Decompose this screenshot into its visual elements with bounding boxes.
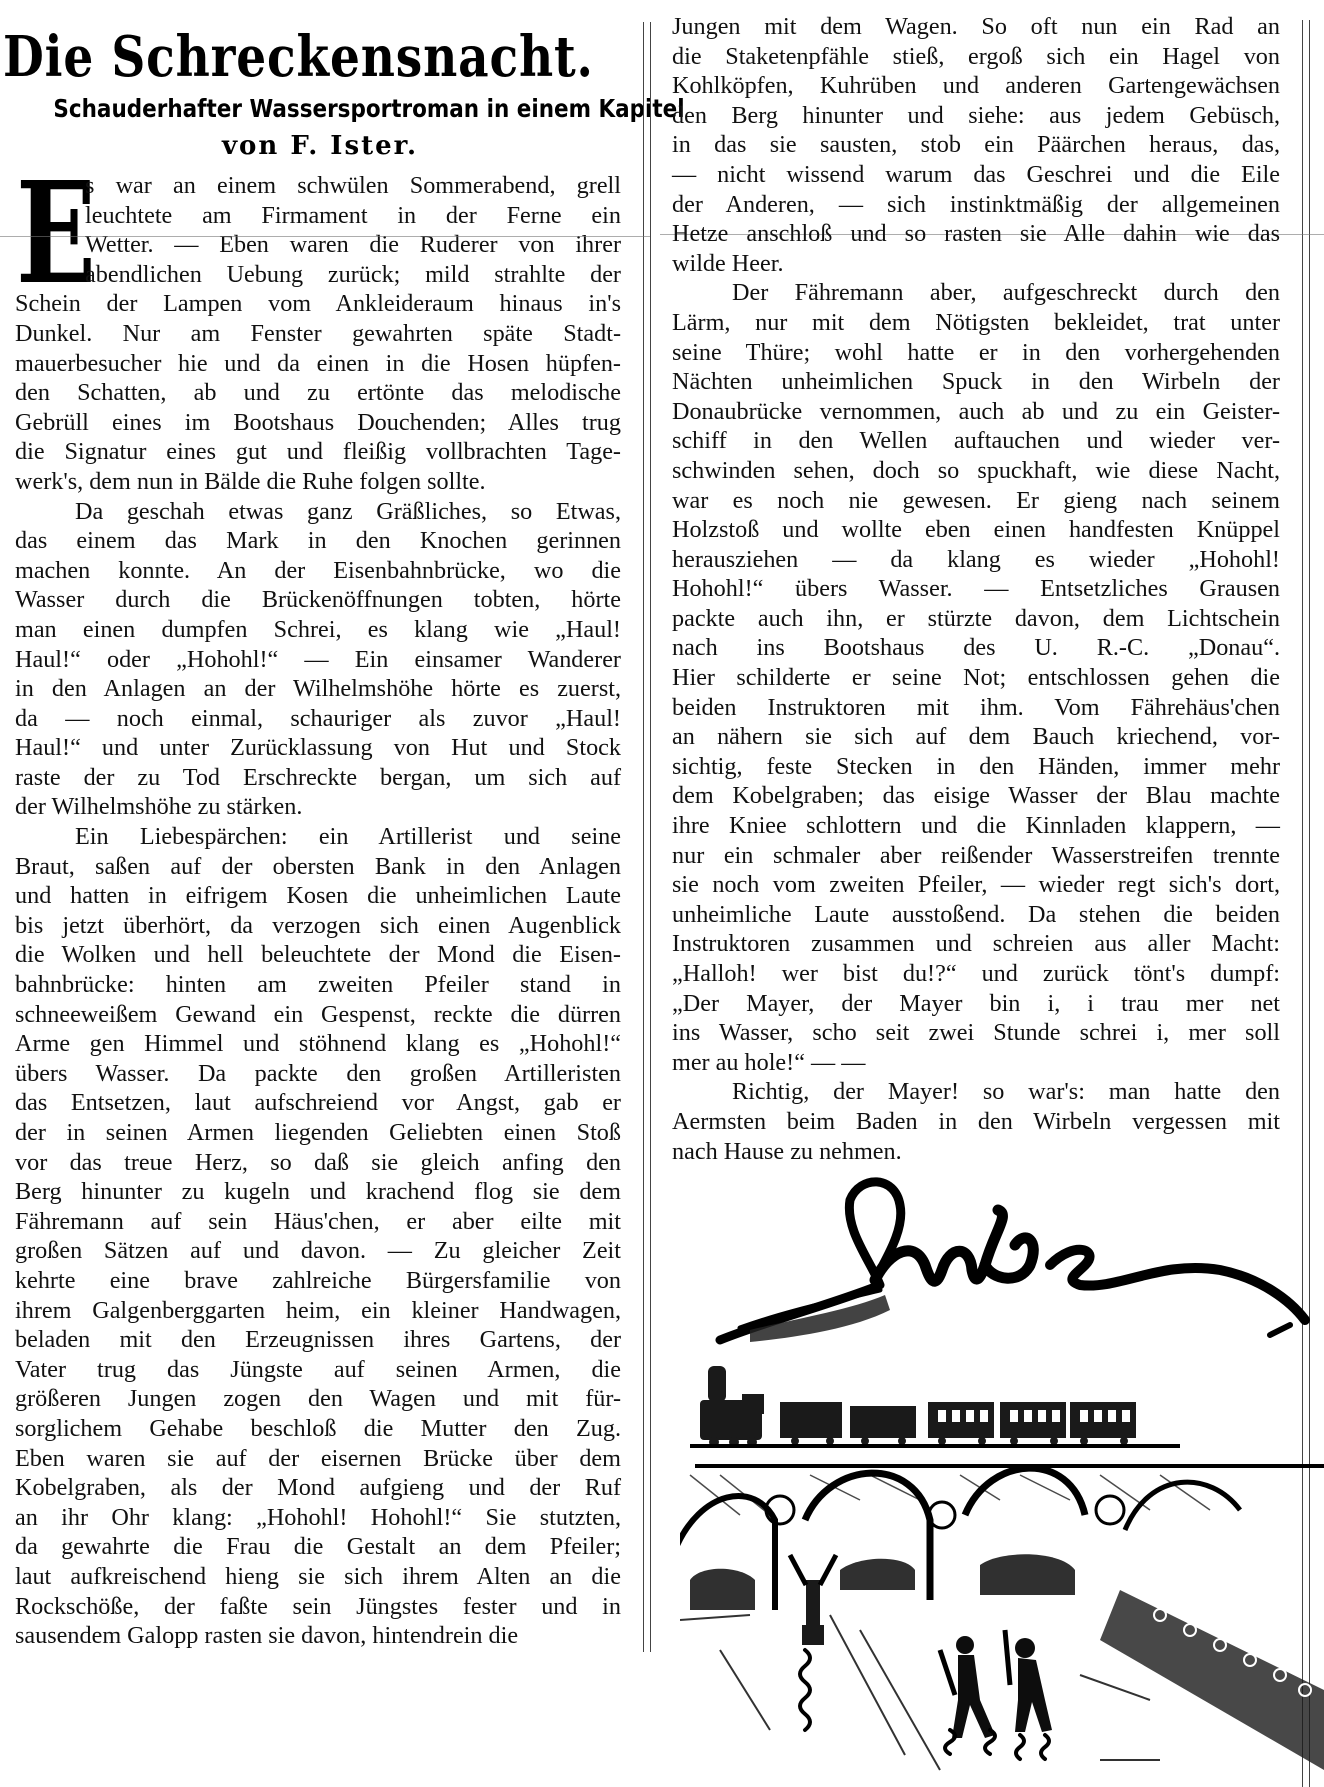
text-line: Fähremann auf sein Häus'chen, er aber ei…	[15, 1207, 621, 1237]
ghost-figure-icon	[790, 1555, 836, 1645]
scan-line	[0, 236, 650, 237]
instructor-figure-icon	[940, 1636, 995, 1738]
text-line: ihre Kniee schlottern und die Kinnladen …	[672, 811, 1280, 841]
text-line: das einem das Mark in den Knochen gerinn…	[15, 526, 621, 556]
text-line: kehrte eine brave zahlreiche Bürgersfami…	[15, 1266, 621, 1296]
text-line: Donaubrücke vernommen, auch ab und zu ei…	[672, 397, 1280, 427]
text-line: den Berg hinunter und siehe: aus jedem G…	[672, 101, 1280, 131]
text-line: schwinden sehen, doch so spuckhaft, wie …	[672, 456, 1280, 486]
text-line: größeren Jungen zogen den Wagen und mit …	[15, 1384, 621, 1414]
text-line: Aermsten beim Baden in den Wirbeln verge…	[672, 1107, 1280, 1137]
text-line: großen Sätzen auf und davon. — Zu gleich…	[15, 1236, 621, 1266]
text-line: da — noch einmal, schauriger als zuvor „…	[15, 704, 621, 734]
text-line: Schein der Lampen vom Ankleideraum hinau…	[15, 289, 621, 319]
title-row: Die Schreckensnacht.	[10, 22, 630, 92]
text-line: Eben waren sie auf der eisernen Brücke ü…	[15, 1444, 621, 1474]
text-line: raste der zu Tod Erschreckte bergan, um …	[15, 763, 621, 793]
text-line: war es noch nie gewesen. Er gieng nach s…	[672, 486, 1280, 516]
text-line: Wetter. — Eben waren die Ruderer von ihr…	[15, 230, 621, 260]
text-line: Kohlköpfen, Kuhrüben und anderen Garteng…	[672, 71, 1280, 101]
text-line: machen konnte. An der Eisenbahnbrücke, w…	[15, 556, 621, 586]
text-line: bis jetzt überhört, da verzogen sich ein…	[15, 911, 621, 941]
text-line: Berg hinunter zu kugeln und krachend flo…	[15, 1177, 621, 1207]
text-line: sichtig, feste Stecken in den Händen, im…	[672, 752, 1280, 782]
text-line: Da geschah etwas ganz Gräßliches, so Etw…	[15, 497, 621, 527]
text-line: wilde Heer.	[672, 249, 1280, 279]
text-line: abendlichen Uebung zurück; mild strahlte…	[15, 260, 621, 290]
text-line: der in seinen Armen liegenden Geliebten …	[15, 1118, 621, 1148]
text-line: seine Thüre; wohl hatte er in den vorher…	[672, 338, 1280, 368]
text-line: Ein Liebespärchen: ein Artillerist und s…	[15, 822, 621, 852]
text-line: mer au hole!“ — —	[672, 1048, 1280, 1078]
text-line: Lärm, nur mit dem Nötigsten bekleidet, t…	[672, 308, 1280, 338]
text-line: Der Fähremann aber, aufgeschreckt durch …	[672, 278, 1280, 308]
text-line: „Der Mayer, der Mayer bin i, i trau mer …	[672, 989, 1280, 1019]
text-line: Hohohl!“ übers Wasser. — Entsetzliches G…	[672, 574, 1280, 604]
column-divider	[643, 22, 651, 1652]
text-line: beladen mit den Erzeugnissen ihres Garte…	[15, 1325, 621, 1355]
text-line: bahnbrücke: hinten am zweiten Pfeiler st…	[15, 970, 621, 1000]
text-line: Hetze anschloß und so rasten sie Alle da…	[672, 219, 1280, 249]
text-line: Gebrüll eines im Bootshaus Douchenden; A…	[15, 408, 621, 438]
text-line: vor das treue Herz, so daß sie gleich an…	[15, 1148, 621, 1178]
text-line: Jungen mit dem Wagen. So oft nun ein Rad…	[672, 12, 1280, 42]
article-byline: von F. Ister.	[10, 131, 630, 161]
text-line: nach Hause zu nehmen.	[672, 1137, 1280, 1167]
text-line: die Wolken und hell beleuchtete der Mond…	[15, 940, 621, 970]
text-line: ihrem Galgenberggarten heim, ein kleiner…	[15, 1296, 621, 1326]
text-line: leuchtete am Firmament in der Ferne ein	[15, 201, 621, 231]
text-line: Nächten unheimlichen Spuck in den Wirbel…	[672, 367, 1280, 397]
text-line: den Schatten, ab und zu ertönte das melo…	[15, 378, 621, 408]
text-line: Richtig, der Mayer! so war's: man hatte …	[672, 1077, 1280, 1107]
text-line: Dunkel. Nur am Fenster gewahrten späte S…	[15, 319, 621, 349]
article-title: Die Schreckensnacht.	[3, 24, 594, 90]
text-line: mauerbesucher hie und da einen in die Ho…	[15, 349, 621, 379]
text-line: die Signatur eines gut und fleißig vollb…	[15, 437, 621, 467]
water-lines	[680, 1615, 1160, 1770]
text-line: — nicht wissend warum das Geschrei und d…	[672, 160, 1280, 190]
text-line: Arme gen Himmel und stöhnend klang es „H…	[15, 1029, 621, 1059]
embankment-bushes	[1100, 1590, 1324, 1770]
ende-script	[720, 1182, 1305, 1340]
text-line: schiff in den Wellen auftauchen und wied…	[672, 426, 1280, 456]
text-line: schneeweißem Gewand ein Gespenst, reckte…	[15, 1000, 621, 1030]
text-line: das Entsetzen, laut aufschreiend vor Ang…	[15, 1088, 621, 1118]
ende-illustration	[680, 1170, 1324, 1787]
text-line: der Wilhelmshöhe zu stärken.	[15, 792, 621, 822]
text-line: laut aufkreischend hieng sie sich ihrem …	[15, 1562, 621, 1592]
text-line: Kobelgraben, als der Mond aufgieng und d…	[15, 1473, 621, 1503]
text-line: Haul!“ oder „Hohohl!“ — Ein einsamer Wan…	[15, 645, 621, 675]
text-line: an nähern sie sich auf dem Bauch krieche…	[672, 722, 1280, 752]
train-icon	[700, 1366, 1136, 1447]
text-line: s war an einem schwülen Sommerabend, gre…	[15, 171, 621, 201]
text-line: sorglichem Gehabe beschloß die Mutter de…	[15, 1414, 621, 1444]
text-line: dem Kobelgraben; das eisige Wasser der B…	[672, 781, 1280, 811]
text-line: werk's, dem nun in Bälde die Ruhe folgen…	[15, 467, 621, 497]
text-line: Hier schilderte er seine Not; entschloss…	[672, 663, 1280, 693]
text-line: nach ins Bootshaus des U. R.-C. „Donau“.	[672, 633, 1280, 663]
text-line: Instruktoren zusammen und schreien aus a…	[672, 929, 1280, 959]
instructor-figure-icon	[1005, 1630, 1052, 1732]
text-line: sie noch vom zweiten Pfeiler, — wieder r…	[672, 870, 1280, 900]
text-line: und hatten in eifrigem Kosen die unheiml…	[15, 881, 621, 911]
text-line: Holzstoß und wollte eben einen handfeste…	[672, 515, 1280, 545]
text-line: herausziehen — da klang es wieder „Hohoh…	[672, 545, 1280, 575]
text-line: der Anderen, — sich instinktmäßig der al…	[672, 190, 1280, 220]
text-line: in den Anlagen an der Wilhelmshöhe hörte…	[15, 674, 621, 704]
right-column: Jungen mit dem Wagen. So oft nun ein Rad…	[672, 12, 1280, 1166]
text-line: sausendem Galopp rasten sie davon, hinte…	[15, 1621, 621, 1651]
text-line: Rockschöße, der faßte sein Jüngstes fest…	[15, 1592, 621, 1622]
text-line: da gewahrte die Frau die Gestalt an dem …	[15, 1532, 621, 1562]
text-line: nur ein schmaler aber reißender Wasserst…	[672, 841, 1280, 871]
text-line: Wasser durch die Brückenöffnungen tobten…	[15, 585, 621, 615]
text-line: beiden Instruktoren mit ihm. Vom Fährehä…	[672, 693, 1280, 723]
text-line: man einen dumpfen Schrei, es klang wie „…	[15, 615, 621, 645]
text-line: ins Wasser, scho seit zwei Stunde schrei…	[672, 1018, 1280, 1048]
text-line: an ihr Ohr klang: „Hohohl! Hohohl!“ Sie …	[15, 1503, 621, 1533]
text-line: unheimliche Laute ausstoßend. Da stehen …	[672, 900, 1280, 930]
text-line: Braut, saßen auf der obersten Bank in de…	[15, 852, 621, 882]
text-line: in das sie sausten, stob ein Päärchen he…	[672, 130, 1280, 160]
text-line: packte auch ihn, er stürzte davon, dem L…	[672, 604, 1280, 634]
text-line: „Halloh! wer bist du!?“ und zurück tönt'…	[672, 959, 1280, 989]
arch-shadows	[690, 1554, 1075, 1610]
text-line: übers Wasser. Da packte den großen Artil…	[15, 1059, 621, 1089]
left-column: s war an einem schwülen Sommerabend, gre…	[15, 171, 621, 1651]
train-bridge-drawing	[680, 1170, 1324, 1787]
text-line: die Staketenpfähle stieß, ergoß sich ein…	[672, 42, 1280, 72]
article-subtitle: Schauderhafter Wassersportroman in einem…	[53, 94, 586, 123]
text-line: Vater trug das Jüngste auf seinen Armen,…	[15, 1355, 621, 1385]
newspaper-page: Die Schreckensnacht. Schauderhafter Wass…	[0, 0, 1324, 1787]
text-line: Haul!“ und unter Zurücklassung von Hut u…	[15, 733, 621, 763]
